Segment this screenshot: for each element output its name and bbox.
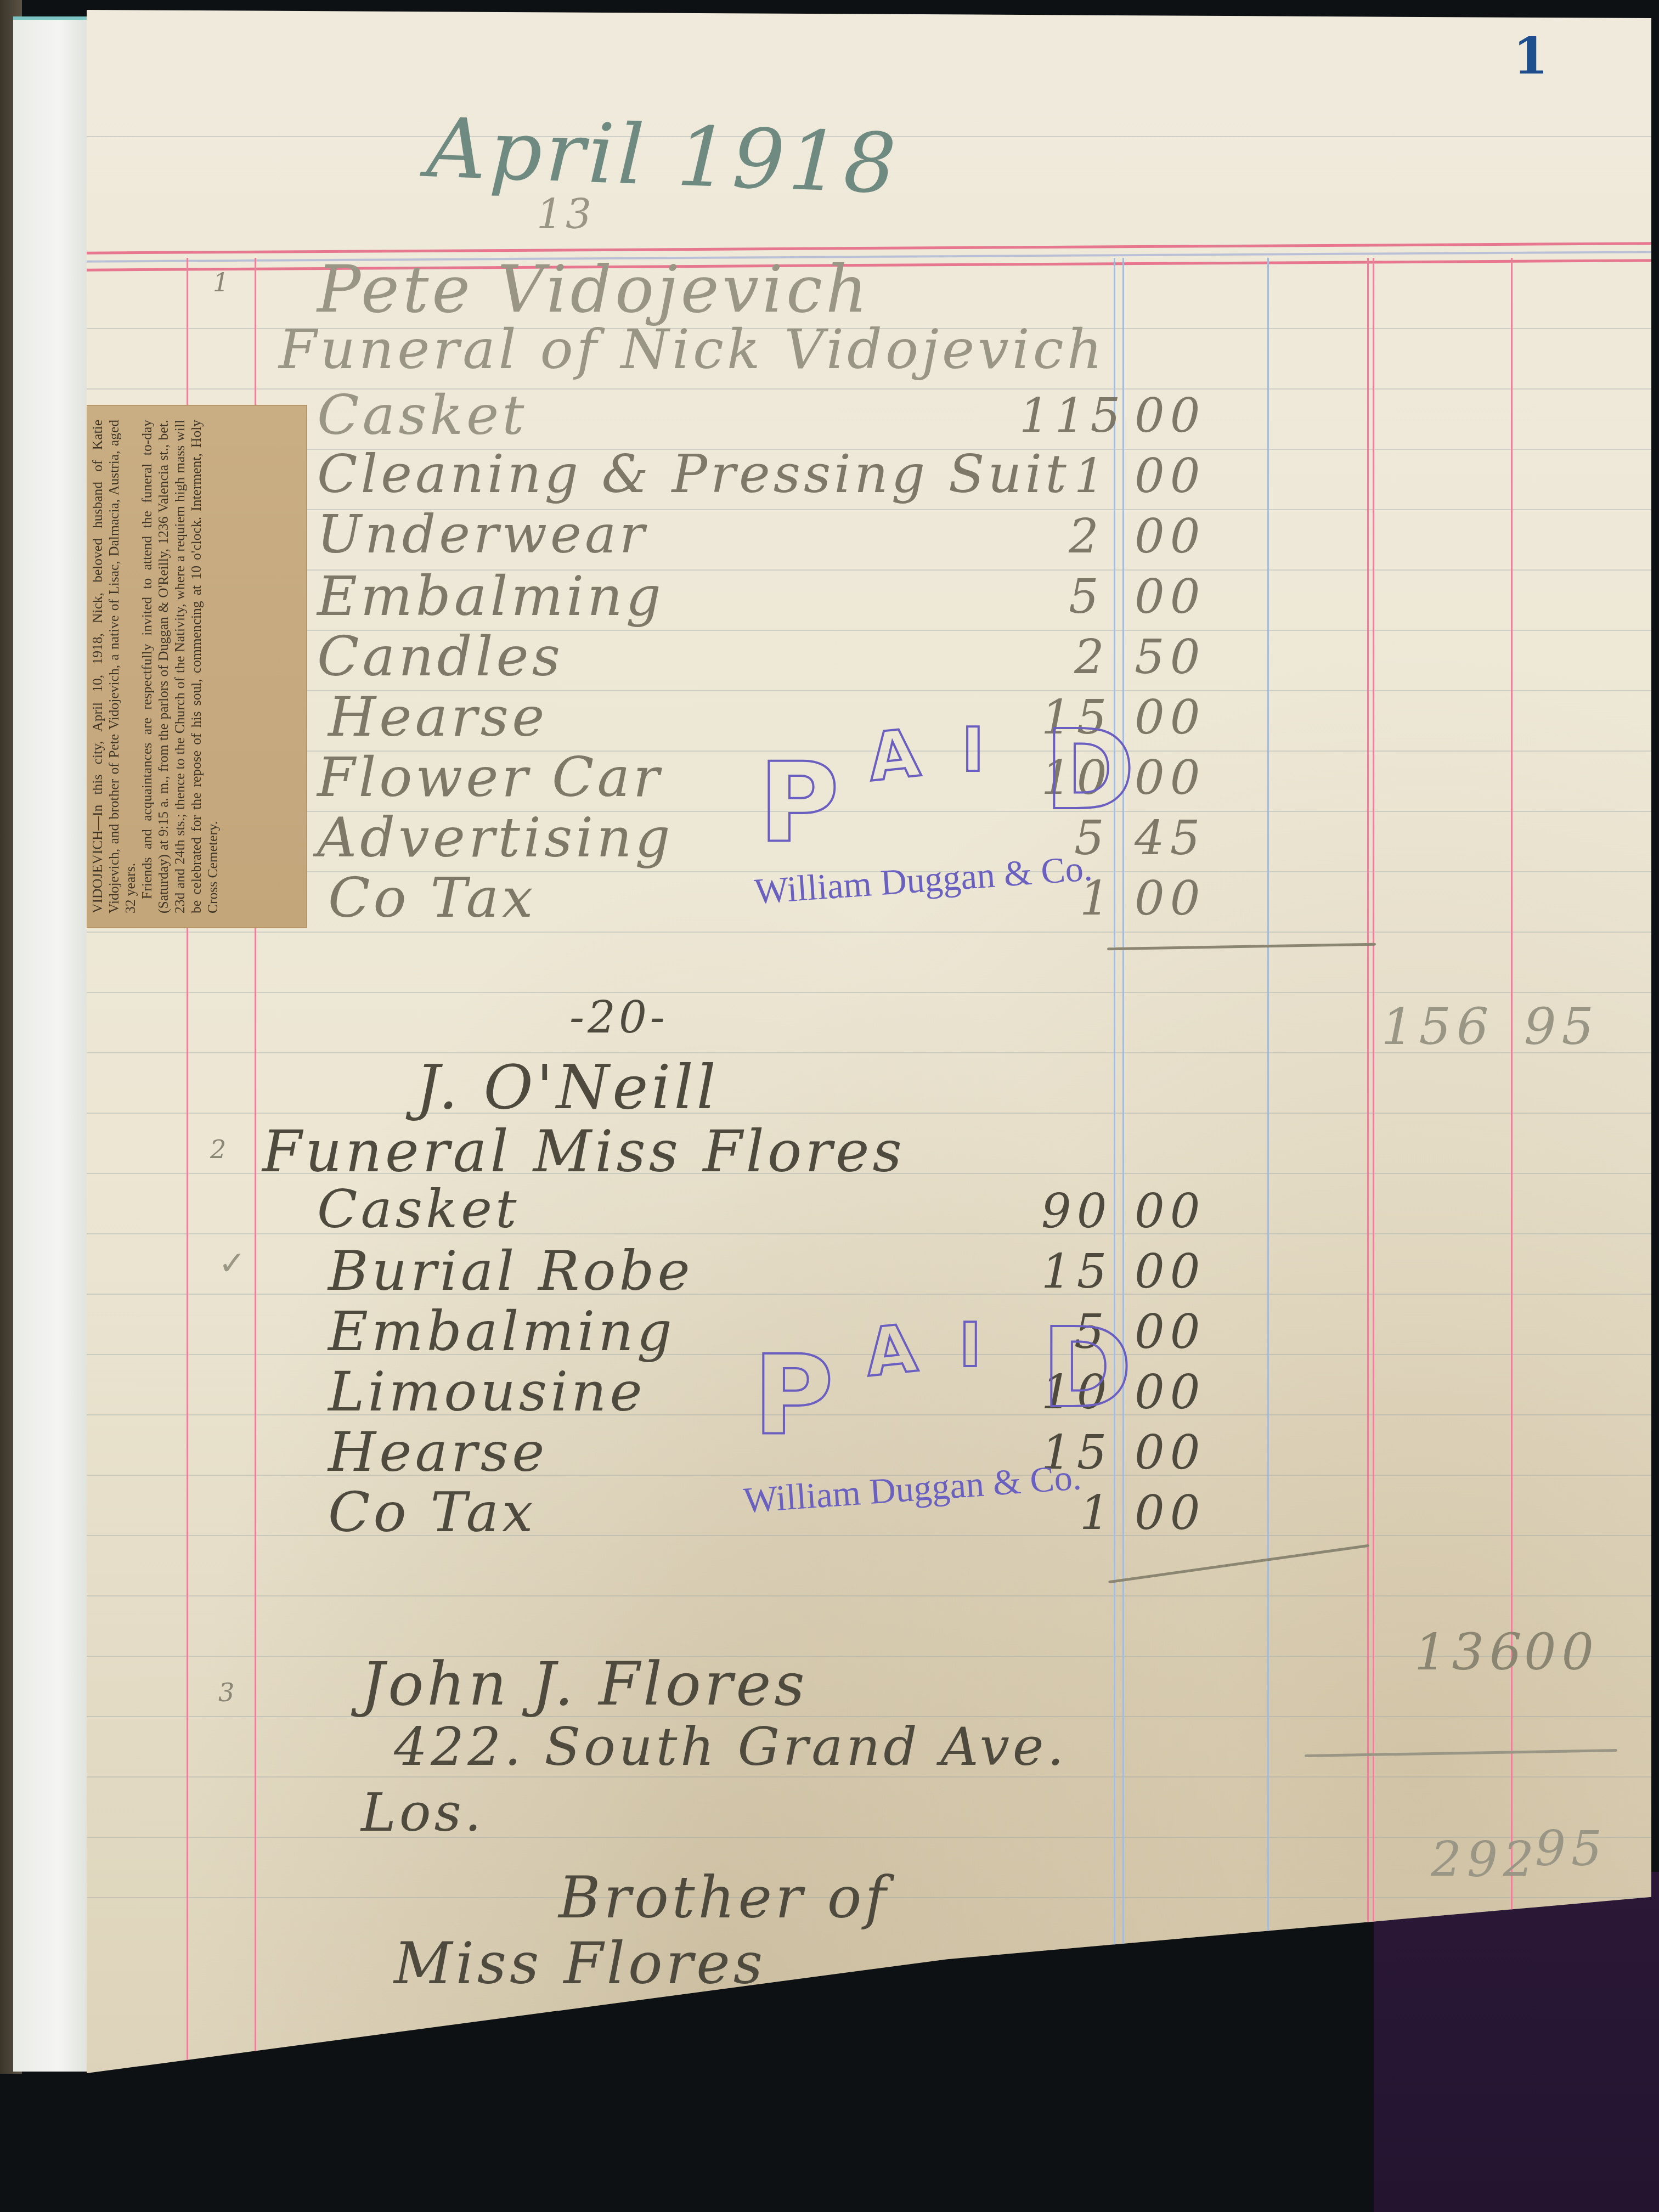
item-cents: 50	[1135, 630, 1205, 685]
month-heading: April 1918	[425, 100, 901, 212]
ruled-line	[87, 1414, 1651, 1415]
entry-address-line2: Los.	[361, 1782, 484, 1843]
item-dollars: 115	[1019, 388, 1126, 443]
entry-date: -20-	[569, 992, 668, 1043]
item-cents: 00	[1135, 1305, 1205, 1359]
item-cents: 00	[1135, 449, 1205, 504]
item-cents: 00	[1135, 751, 1205, 805]
item-label: Hearse	[328, 1420, 548, 1484]
ruled-line	[87, 1837, 1651, 1838]
subtotal-underline	[1108, 1544, 1369, 1584]
item-cents: 00	[1135, 509, 1205, 564]
entry-line-number: 2	[210, 1135, 226, 1164]
item-label: Burial Robe	[328, 1239, 693, 1303]
item-label: Hearse	[328, 685, 548, 749]
total-column-rule	[1367, 258, 1369, 2084]
page-number: 1	[1513, 26, 1548, 86]
paid-stamp-letter: D	[1044, 707, 1135, 834]
item-cents: 45	[1135, 811, 1205, 866]
item-label: Co Tax	[328, 1480, 536, 1544]
total-cents-rule	[1511, 258, 1513, 2084]
paid-stamp-letter: P	[753, 1332, 834, 1460]
item-label: Casket	[317, 1178, 520, 1240]
item-cents: 00	[1135, 1425, 1205, 1480]
paid-stamp-company: William Duggan & Co.	[742, 1457, 1083, 1522]
item-label: Cleaning & Pressing Suit	[317, 443, 1070, 505]
entry-line-number: 1	[213, 268, 229, 297]
item-label: Candles	[317, 624, 563, 689]
item-dollars: 15	[1041, 1244, 1112, 1299]
entry-date: 13	[537, 191, 595, 238]
entry-note-line2: Miss Flores	[394, 1930, 766, 1997]
entry-total-cents: 00	[1524, 1623, 1599, 1681]
item-cents: 00	[1135, 388, 1205, 443]
page-total-cents: 95	[1535, 1820, 1607, 1877]
newspaper-obituary-clipping: VIDOJEVICH—In this city, April 10, 1918,…	[81, 406, 306, 927]
item-cents: 00	[1135, 1244, 1205, 1299]
ruled-line	[87, 1113, 1651, 1114]
paid-stamp-letter: P	[759, 740, 839, 867]
background-cloth	[1374, 1872, 1659, 2212]
item-label: Limousine	[328, 1359, 646, 1424]
item-dollars: 2	[1074, 630, 1110, 685]
item-cents: 00	[1135, 1486, 1205, 1541]
item-cents: 00	[1135, 1184, 1205, 1239]
item-label: Advertising	[317, 805, 674, 870]
entry-customer: J. O'Neill	[416, 1052, 719, 1122]
item-cents: 00	[1135, 871, 1205, 926]
ruled-line	[87, 1535, 1651, 1536]
amount-column-rule	[1114, 258, 1115, 2084]
paid-stamp-letter: D	[1041, 1305, 1132, 1432]
entry-total-cents: 95	[1524, 997, 1599, 1056]
paid-stamp-letter: A	[865, 715, 923, 797]
item-dollars: 90	[1041, 1184, 1112, 1239]
ruled-line	[87, 690, 1651, 691]
item-label: Embalming	[328, 1299, 675, 1363]
entry-note-line1: Brother of	[558, 1864, 889, 1931]
entry-address-line1: 422. South Grand Ave.	[394, 1716, 1067, 1778]
item-label: Casket	[317, 383, 527, 447]
grand-total-underline	[1305, 1749, 1617, 1757]
paid-stamp-letter: A	[862, 1311, 921, 1392]
item-cents: 00	[1135, 690, 1205, 745]
ruled-line	[87, 1294, 1651, 1295]
item-dollars: 5	[1069, 569, 1104, 624]
entry-customer: Pete Vidojevich	[317, 251, 871, 327]
item-dollars: 1	[1080, 1486, 1115, 1541]
ledger-page: 1 April 1918 1 13 Pete Vidojevich Funera…	[87, 10, 1651, 2084]
item-dollars: 2	[1069, 509, 1104, 564]
page-total-dollars: 292	[1431, 1831, 1539, 1888]
cents-column-rule	[1267, 258, 1269, 2084]
item-label: Underwear	[317, 504, 648, 565]
amount-column-rule	[1122, 258, 1124, 2084]
entry-description: Funeral Miss Flores	[262, 1118, 905, 1185]
item-label: Flower Car	[317, 745, 663, 809]
clipping-paragraph: Friends and acquaintances are respectful…	[139, 420, 221, 913]
entry-customer: John J. Flores	[361, 1650, 808, 1719]
item-label: Embalming	[317, 564, 664, 628]
item-dollars: 1	[1074, 449, 1110, 504]
paid-stamp-letter: I	[959, 1310, 981, 1380]
entry-total-dollars: 136	[1414, 1623, 1527, 1681]
item-label: Co Tax	[328, 866, 536, 930]
check-mark: ✓	[218, 1244, 246, 1283]
binding-strip	[13, 16, 89, 2072]
ruled-line	[87, 932, 1651, 933]
item-cents: 00	[1135, 569, 1205, 624]
total-column-rule	[1373, 258, 1374, 2084]
clipping-text: VIDOJEVICH—In this city, April 10, 1918,…	[89, 420, 298, 913]
item-cents: 00	[1135, 1365, 1205, 1420]
ruled-line	[87, 1595, 1651, 1596]
entry-description: Funeral of Nick Vidojevich	[279, 317, 1105, 381]
ruled-line	[87, 992, 1651, 993]
subtotal-underline	[1107, 943, 1376, 951]
clipping-paragraph: VIDOJEVICH—In this city, April 10, 1918,…	[89, 420, 139, 913]
entry-total-dollars: 156	[1381, 997, 1494, 1056]
paid-stamp-letter: I	[962, 715, 984, 785]
entry-line-number: 3	[218, 1678, 234, 1707]
